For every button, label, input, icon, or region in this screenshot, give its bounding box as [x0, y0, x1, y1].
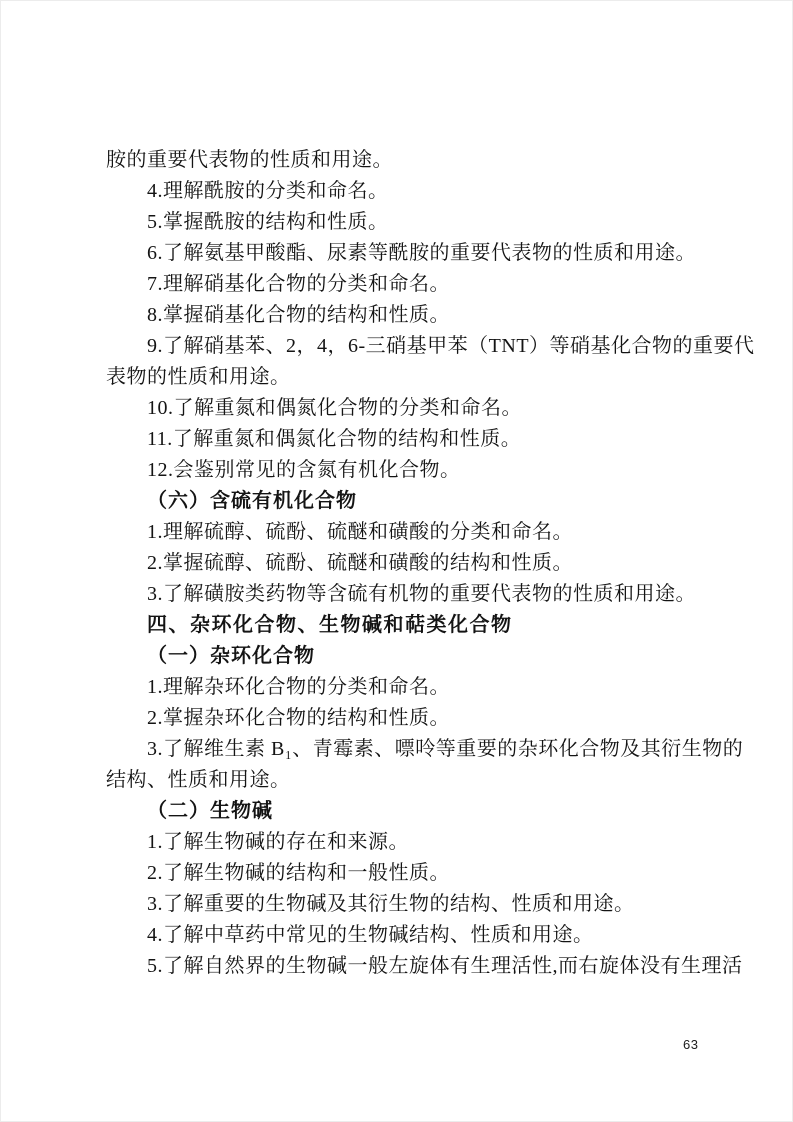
- text-line: 12.会鉴别常见的含氮有机化合物。: [106, 455, 731, 486]
- text-line: 结构、性质和用途。: [106, 765, 731, 796]
- text-line: 5.了解自然界的生物碱一般左旋体有生理活性,而右旋体没有生理活: [106, 951, 731, 982]
- text-line: 2.掌握杂环化合物的结构和性质。: [106, 703, 731, 734]
- text-line: 4.了解中草药中常见的生物碱结构、性质和用途。: [106, 920, 731, 951]
- text-line: 10.了解重氮和偶氮化合物的分类和命名。: [106, 393, 731, 424]
- text-line: 7.理解硝基化合物的分类和命名。: [106, 269, 731, 300]
- document-page: 胺的重要代表物的性质和用途。 4.理解酰胺的分类和命名。 5.掌握酰胺的结构和性…: [0, 0, 793, 1122]
- text-line: 6.了解氨基甲酸酯、尿素等酰胺的重要代表物的性质和用途。: [106, 238, 731, 269]
- text-line: 3.了解重要的生物碱及其衍生物的结构、性质和用途。: [106, 889, 731, 920]
- text-line: 3.了解磺胺类药物等含硫有机物的重要代表物的性质和用途。: [106, 579, 731, 610]
- text-line: 2.了解生物碱的结构和一般性质。: [106, 858, 731, 889]
- text-line: 11.了解重氮和偶氮化合物的结构和性质。: [106, 424, 731, 455]
- heading-section-1-heterocyclic-compounds: （一）杂环化合物: [106, 641, 731, 672]
- text-line: 5.掌握酰胺的结构和性质。: [106, 207, 731, 238]
- text-line: 1.理解硫醇、硫酚、硫醚和磺酸的分类和命名。: [106, 517, 731, 548]
- text-line: 8.掌握硝基化合物的结构和性质。: [106, 300, 731, 331]
- text-line: 2.掌握硫醇、硫酚、硫醚和磺酸的结构和性质。: [106, 548, 731, 579]
- text-line: 1.了解生物碱的存在和来源。: [106, 827, 731, 858]
- heading-section-6-sulfur-organic-compounds: （六）含硫有机化合物: [106, 486, 731, 517]
- text-line: 表物的性质和用途。: [106, 362, 731, 393]
- page-number: 63: [683, 1037, 698, 1052]
- text-line: 4.理解酰胺的分类和命名。: [106, 176, 731, 207]
- heading-section-2-alkaloids: （二）生物碱: [106, 796, 731, 827]
- document-body: 胺的重要代表物的性质和用途。 4.理解酰胺的分类和命名。 5.掌握酰胺的结构和性…: [106, 145, 731, 982]
- text-line: 胺的重要代表物的性质和用途。: [106, 145, 731, 176]
- heading-chapter-4-heterocyclic-alkaloid-terpenoid: 四、杂环化合物、生物碱和萜类化合物: [106, 610, 731, 641]
- text-line: 9.了解硝基苯、2，4，6-三硝基甲苯（TNT）等硝基化合物的重要代: [106, 331, 731, 362]
- text-line: 1.理解杂环化合物的分类和命名。: [106, 672, 731, 703]
- text-line: 3.了解维生素 B₁、青霉素、嘌呤等重要的杂环化合物及其衍生物的: [106, 734, 731, 765]
